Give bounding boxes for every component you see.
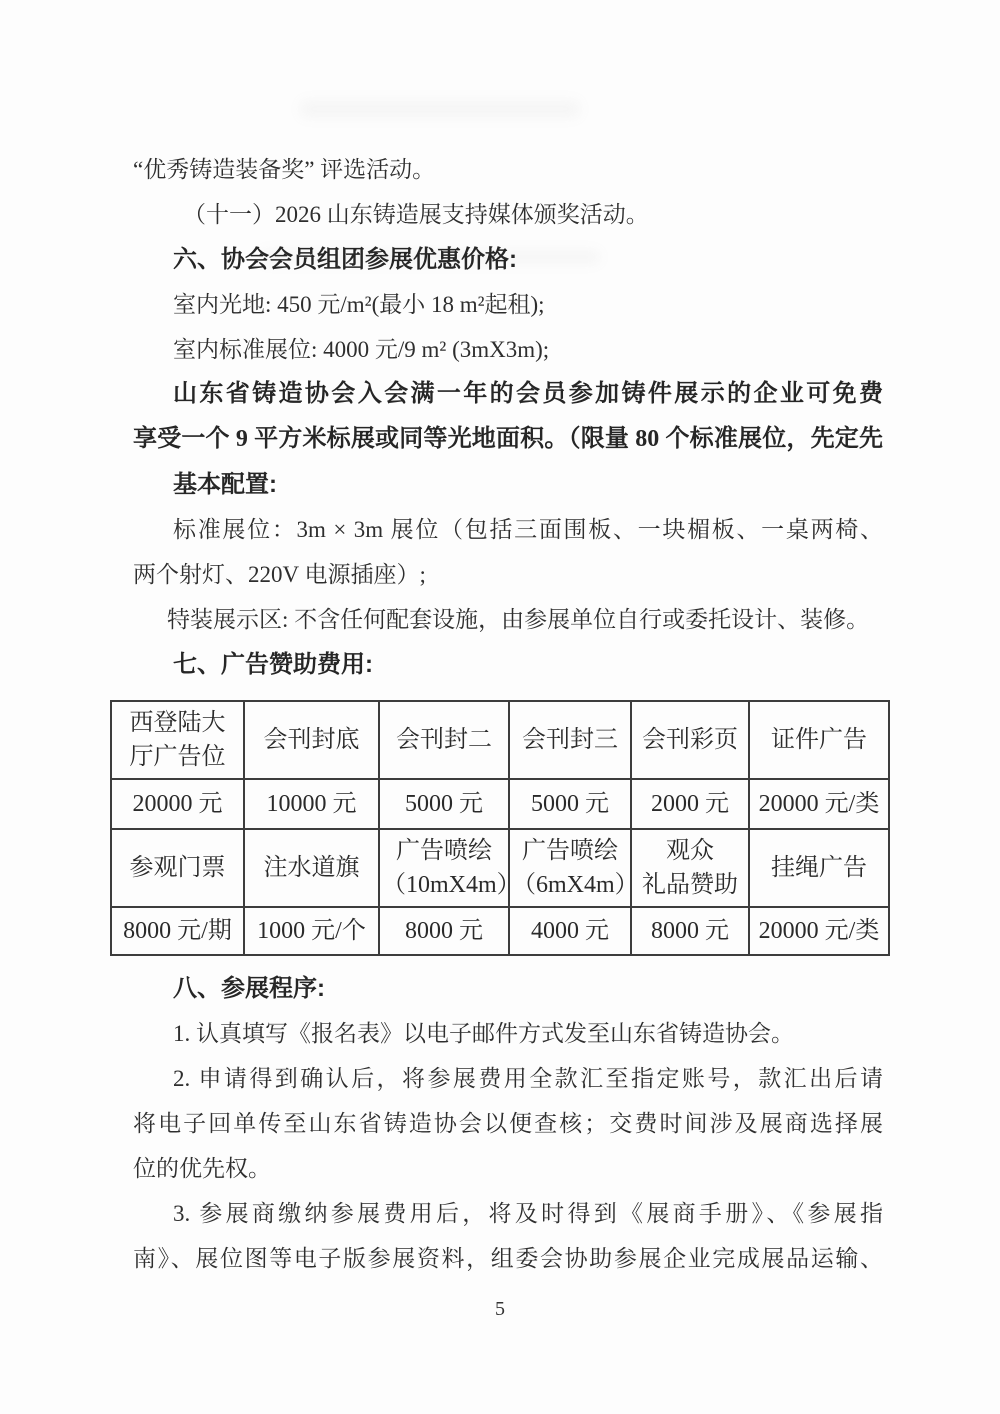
fee-cell: 8000 元 xyxy=(631,907,749,955)
line-booth-spec-2: 两个射灯、220V 电源插座）; xyxy=(133,552,883,597)
fee-table-category-row: 参观门票 注水道旗 广告喷绘 （10mX4m） 广告喷绘 （6mX4m） 观众 … xyxy=(111,829,889,907)
upper-text-block: “优秀铸造装备奖” 评选活动。 （十一）2026 山东铸造展支持媒体颁奖活动。 … xyxy=(133,147,883,687)
line-booth-spec-1: 标准展位：3m × 3m 展位（包括三面围板、一块楣板、一桌两椅、 xyxy=(133,507,883,552)
fee-cell: 4000 元 xyxy=(509,907,631,955)
fee-cell: 会刊封二 xyxy=(379,701,509,779)
scan-artifact xyxy=(300,100,580,118)
fee-cell: 10000 元 xyxy=(244,779,379,829)
line-member-benefit-1: 山东省铸造协会入会满一年的会员参加铸件展示的企业可免费 xyxy=(133,372,883,417)
fee-cell: 西登陆大 厅广告位 xyxy=(111,701,244,779)
fee-table-price-row: 8000 元/期 1000 元/个 8000 元 4000 元 8000 元 2… xyxy=(111,907,889,955)
line-step-two-b: 将电子回单传至山东省铸造协会以便查核；交费时间涉及展商选择展 xyxy=(133,1101,883,1146)
fee-cell: 会刊封底 xyxy=(244,701,379,779)
fee-cell: 8000 元 xyxy=(379,907,509,955)
heading-section-six: 六、协会会员组团参展优惠价格: xyxy=(133,237,883,282)
line-member-benefit-2: 享受一个 9 平方米标展或同等光地面积。（限量 80 个标准展位，先定先得） xyxy=(133,417,883,462)
fee-cell: 证件广告 xyxy=(749,701,889,779)
fee-cell: 注水道旗 xyxy=(244,829,379,907)
document-page: “优秀铸造装备奖” 评选活动。 （十一）2026 山东铸造展支持媒体颁奖活动。 … xyxy=(0,0,1000,1414)
fee-cell: 广告喷绘 （10mX4m） xyxy=(379,829,509,907)
line-step-two-a: 2. 申请得到确认后，将参展费用全款汇至指定账号，款汇出后请 xyxy=(133,1056,883,1101)
fee-cell: 20000 元 xyxy=(111,779,244,829)
line-item-eleven: （十一）2026 山东铸造展支持媒体颁奖活动。 xyxy=(133,192,883,237)
fee-cell: 广告喷绘 （6mX4m） xyxy=(509,829,631,907)
fee-cell: 20000 元/类 xyxy=(749,907,889,955)
page-number: 5 xyxy=(0,1298,1000,1321)
fee-cell: 挂绳广告 xyxy=(749,829,889,907)
line-step-two-c: 位的优先权。 xyxy=(133,1146,883,1191)
fee-cell: 1000 元/个 xyxy=(244,907,379,955)
fee-cell: 20000 元/类 xyxy=(749,779,889,829)
fee-cell: 5000 元 xyxy=(509,779,631,829)
line-special-display-area: 特装展示区: 不含任何配套设施，由参展单位自行或委托设计、装修。 xyxy=(133,597,883,642)
fee-table-price-row: 20000 元 10000 元 5000 元 5000 元 2000 元 200… xyxy=(111,779,889,829)
ad-sponsor-fee-table: 西登陆大 厅广告位 会刊封底 会刊封二 会刊封三 会刊彩页 证件广告 20000… xyxy=(110,700,890,956)
fee-cell: 会刊彩页 xyxy=(631,701,749,779)
line-step-three-a: 3. 参展商缴纳参展费用后，将及时得到《展商手册》、《参展指 xyxy=(133,1191,883,1236)
line-standard-booth-price: 室内标准展位: 4000 元/9 m² (3mX3m); xyxy=(133,327,883,372)
fee-cell: 5000 元 xyxy=(379,779,509,829)
line-step-one: 1. 认真填写《报名表》以电子邮件方式发至山东省铸造协会。 xyxy=(133,1011,883,1056)
line-step-three-b: 南》、展位图等电子版参展资料，组委会协助参展企业完成展品运输、 xyxy=(133,1236,883,1281)
line-indoor-space-price: 室内光地: 450 元/m²(最小 18 m²起租); xyxy=(133,282,883,327)
fee-table-header-row: 西登陆大 厅广告位 会刊封底 会刊封二 会刊封三 会刊彩页 证件广告 xyxy=(111,701,889,779)
fee-cell: 8000 元/期 xyxy=(111,907,244,955)
line-award-selection: “优秀铸造装备奖” 评选活动。 xyxy=(133,147,883,192)
fee-cell: 会刊封三 xyxy=(509,701,631,779)
heading-basic-config: 基本配置: xyxy=(133,462,883,507)
heading-section-eight: 八、参展程序: xyxy=(133,966,883,1011)
lower-text-block: 八、参展程序: 1. 认真填写《报名表》以电子邮件方式发至山东省铸造协会。 2.… xyxy=(133,966,883,1281)
heading-section-seven: 七、广告赞助费用: xyxy=(133,642,883,687)
fee-cell: 2000 元 xyxy=(631,779,749,829)
fee-cell: 参观门票 xyxy=(111,829,244,907)
fee-cell: 观众 礼品赞助 xyxy=(631,829,749,907)
